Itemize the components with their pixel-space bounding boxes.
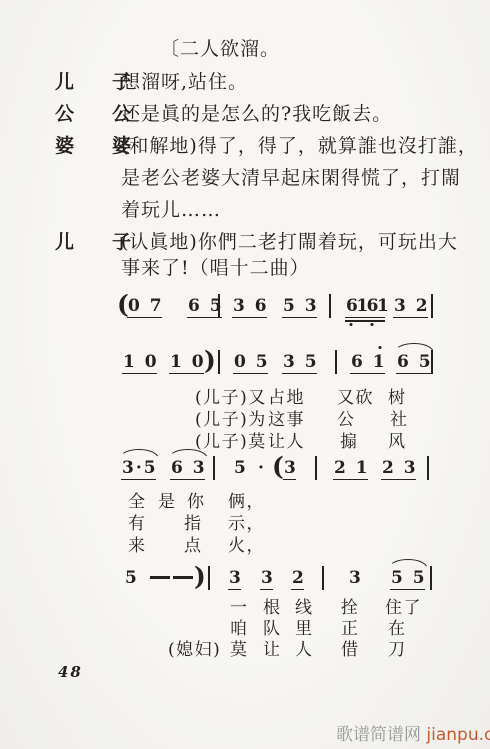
beam-line bbox=[260, 589, 273, 591]
lyric-word: 人 bbox=[295, 640, 314, 660]
note-group: 6 3 bbox=[171, 458, 207, 478]
beam-line bbox=[345, 317, 385, 319]
beam-line bbox=[291, 589, 304, 591]
lyric-word: 你 bbox=[187, 492, 206, 512]
note-group: 3 5 bbox=[283, 352, 319, 372]
lyric-word: 刀 bbox=[388, 640, 407, 660]
watermark-domain: jianpu.cn bbox=[426, 725, 490, 745]
lyric-word: 借 bbox=[341, 640, 360, 660]
dialogue-text: 想溜呀,站住。 bbox=[121, 71, 248, 93]
dialogue-text: (认眞地)你們二老打閙着玩，可玩出大 bbox=[121, 231, 458, 253]
open-paren: ( bbox=[272, 454, 284, 479]
beam-line bbox=[170, 479, 205, 481]
beam-line bbox=[232, 317, 267, 319]
watermark-site: 歌谱简谱网 bbox=[336, 725, 426, 745]
augmentation-dot: · bbox=[258, 458, 264, 478]
lyric-word: 正 bbox=[341, 619, 360, 639]
lyric-word: 队 bbox=[263, 619, 282, 639]
note-group: 3 bbox=[229, 568, 243, 588]
lyric-word: 来 bbox=[128, 536, 147, 556]
lyric-word: 示， bbox=[228, 514, 265, 534]
lyric-word: 搧 bbox=[340, 432, 359, 452]
lyric-word: 有 bbox=[128, 514, 147, 534]
lyric-word: 一 bbox=[230, 598, 249, 618]
dialogue-text: 是老公老婆大清早起床閑得慌了，打閙 bbox=[121, 167, 461, 189]
note-group: 3 bbox=[261, 568, 275, 588]
lyric-word: 公 bbox=[337, 410, 356, 430]
beam-line bbox=[345, 320, 385, 322]
lyric-word: 住了 bbox=[385, 598, 422, 618]
beam-line bbox=[122, 373, 157, 375]
lyric-word: 让 bbox=[263, 640, 282, 660]
barline bbox=[431, 294, 433, 318]
watermark: 歌谱简谱网 jianpu.cn bbox=[336, 720, 490, 745]
beam-line bbox=[350, 373, 385, 375]
page-number: 48 bbox=[58, 663, 83, 681]
lyric-word: 根 bbox=[263, 598, 282, 618]
lyric-word: 俩， bbox=[228, 492, 265, 512]
barline bbox=[430, 566, 432, 590]
lyric-word: 咱 bbox=[230, 619, 249, 639]
lyric-word: 拴 bbox=[341, 598, 360, 618]
barline bbox=[315, 456, 317, 480]
barline bbox=[322, 566, 324, 590]
lyric-word: 树 bbox=[388, 388, 407, 408]
note-group: 3·5 bbox=[122, 458, 158, 478]
beam-line bbox=[283, 479, 296, 481]
note-group: 3 2 bbox=[394, 296, 430, 316]
lyric-word: 全 bbox=[128, 492, 147, 512]
barline bbox=[329, 294, 331, 318]
beam-line bbox=[393, 317, 428, 319]
note-group: 1 0 bbox=[123, 352, 159, 372]
lyric-word: 社 bbox=[390, 410, 409, 430]
lyric-word: (儿子)莫 bbox=[195, 432, 267, 452]
barline bbox=[208, 566, 210, 590]
note-group: 0 5 bbox=[234, 352, 270, 372]
note-group: 6 5 bbox=[397, 352, 433, 372]
dialogue-text: 还是眞的是怎么的?我吃飯去。 bbox=[121, 103, 392, 125]
beam-line bbox=[233, 373, 268, 375]
octave-dot-above bbox=[379, 346, 382, 349]
note-group: 3 bbox=[349, 568, 363, 588]
note-group: 6 1 bbox=[351, 352, 387, 372]
barline bbox=[213, 456, 215, 480]
barline bbox=[431, 350, 433, 374]
lyric-word: 这事 bbox=[268, 410, 305, 430]
slur-arc bbox=[119, 449, 159, 459]
lyric-word: 火， bbox=[228, 536, 265, 556]
lyric-word: 里 bbox=[295, 619, 314, 639]
dash-extension bbox=[150, 576, 170, 579]
lyric-word: 在 bbox=[388, 619, 407, 639]
dialogue-text: 事来了!（唱十二曲） bbox=[121, 257, 310, 279]
beam-line bbox=[282, 317, 317, 319]
beam-line bbox=[282, 373, 317, 375]
beam-line bbox=[228, 589, 241, 591]
barline bbox=[218, 350, 220, 374]
note-group: 5 3 bbox=[283, 296, 319, 316]
beam-line bbox=[381, 479, 416, 481]
octave-dot-below bbox=[370, 323, 373, 326]
dash-extension bbox=[173, 576, 193, 579]
note-group: 0 7 bbox=[128, 296, 164, 316]
note-group: 5 bbox=[234, 458, 248, 478]
beam-line bbox=[396, 373, 431, 375]
note-group: 1 0 bbox=[170, 352, 206, 372]
close-paren: ) bbox=[204, 348, 216, 373]
barline bbox=[218, 294, 220, 318]
lyric-word: 点 bbox=[184, 536, 203, 556]
lyric-word: 让人 bbox=[268, 432, 305, 452]
note-group: 5 5 bbox=[391, 568, 427, 588]
lyric-word: (媳妇) bbox=[168, 640, 221, 660]
lyric-word: 是 bbox=[158, 492, 177, 512]
lyric-word: 线 bbox=[295, 598, 314, 618]
note-group: 2 1 bbox=[334, 458, 370, 478]
octave-dot-below bbox=[350, 323, 353, 326]
lyric-word: 莫 bbox=[230, 640, 249, 660]
close-paren: ) bbox=[194, 564, 206, 589]
beam-line bbox=[187, 317, 222, 319]
note-group: 2 3 bbox=[382, 458, 418, 478]
barline bbox=[335, 350, 337, 374]
note-group: 2 bbox=[292, 568, 306, 588]
lyric-word: 又砍 bbox=[337, 388, 374, 408]
note-group: 5 bbox=[125, 568, 139, 588]
beam-line bbox=[121, 479, 156, 481]
beam-line bbox=[333, 479, 368, 481]
note-group: 3 6 bbox=[233, 296, 269, 316]
stage-direction: 〔二人欲溜。 bbox=[160, 38, 280, 60]
lyric-word: (儿子)又 bbox=[195, 388, 267, 408]
barline bbox=[427, 456, 429, 480]
score-page: 48 歌谱简谱网 jianpu.cn 〔二人欲溜。儿子想溜呀,站住。公公还是眞的… bbox=[0, 0, 490, 749]
beam-line bbox=[169, 373, 204, 375]
lyric-word: 占地 bbox=[268, 388, 305, 408]
lyric-word: 风 bbox=[388, 432, 407, 452]
lyric-word: (儿子)为 bbox=[195, 410, 267, 430]
slur-arc bbox=[388, 559, 428, 569]
dialogue-text: 着玩儿…… bbox=[121, 199, 221, 221]
note-group: 6161 bbox=[346, 296, 387, 316]
beam-line bbox=[390, 589, 425, 591]
slur-arc bbox=[394, 343, 434, 353]
lyric-word: 指 bbox=[184, 514, 203, 534]
note-group: 3 bbox=[284, 458, 298, 478]
dialogue-text: (和解地)得了，得了，就算誰也沒打誰， bbox=[121, 135, 478, 157]
beam-line bbox=[127, 317, 162, 319]
